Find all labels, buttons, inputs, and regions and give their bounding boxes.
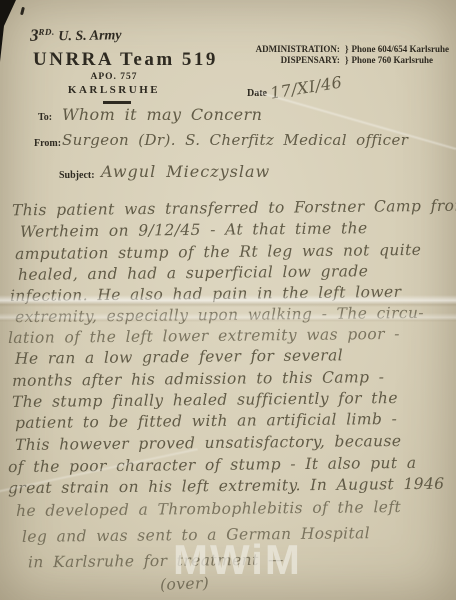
administration-phone: }Phone 604/654 Karlsruhe — [345, 44, 449, 54]
phone-block: ADMINISTRATION: }Phone 604/654 Karlsruhe… — [256, 44, 449, 65]
army-ordinal: RD. — [38, 27, 54, 37]
from-label: From: — [34, 138, 61, 149]
administration-label: ADMINISTRATION: — [256, 44, 340, 54]
scanned-letter-photo: { "letterhead": { "army_num": "3", "army… — [0, 0, 456, 600]
body-line: He ran a low grade fever for several — [15, 346, 343, 367]
date-label: Date — [247, 88, 267, 99]
dispensary-phone: }Phone 760 Karlsruhe — [345, 55, 449, 65]
body-line: great strain on his left extremity. In A… — [8, 475, 445, 498]
letterhead-rule — [103, 101, 131, 104]
body-line: patient to be fitted with an artificial … — [15, 410, 397, 432]
to-handwritten-value: Whom it may Concern — [62, 105, 262, 124]
army-name: U. S. Army — [55, 28, 122, 44]
body-line: leg and was sent to a German Hospital — [22, 524, 370, 546]
body-line: This however proved unsatisfactory, beca… — [15, 432, 402, 454]
body-line: of the poor character of stump - It also… — [8, 454, 417, 476]
unrra-team-title: UNRRA Team 519 — [33, 49, 218, 71]
body-line: The stump finally healed sufficiently fo… — [12, 389, 398, 411]
subject-label: Subject: — [59, 170, 95, 181]
body-line: he developed a Thrombophlebitis of the l… — [16, 498, 401, 520]
body-line: This patient was transferred to Forstner… — [12, 197, 456, 220]
body-line: Wertheim on 9/12/45 - At that time the — [20, 219, 368, 241]
body-line: lation of the left lower extremity was p… — [8, 325, 400, 347]
body-line: infection. He also had pain in the left … — [10, 283, 402, 305]
body-line: healed, and had a superficial low grade — [18, 262, 368, 284]
apo-line: APO. 757 — [33, 72, 195, 82]
body-line: extremity, especially upon walking - The… — [15, 304, 424, 326]
from-handwritten-value: Surgeon (Dr). S. Cherfitz Medical office… — [62, 131, 408, 149]
body-line: amputation stump of the Rt leg was not q… — [15, 241, 421, 263]
city-line: KARLSRUHE — [33, 84, 195, 96]
administration-phone-text: Phone 604/654 Karlsruhe — [351, 44, 449, 54]
dispensary-phone-text: Phone 760 Karlsruhe — [351, 55, 433, 65]
letter-paper: 3RD. U. S. Army UNRRA Team 519 APO. 757 … — [0, 0, 456, 600]
subject-handwritten-value: Awgul Mieczyslaw — [101, 162, 270, 181]
body-line: in Karlsruhe for treatment — — [28, 551, 284, 572]
date-handwritten-value: 17/XI/46 — [269, 72, 344, 102]
army-heading: 3RD. U. S. Army — [30, 24, 122, 46]
dispensary-label: DISPENSARY: — [256, 55, 340, 65]
over-note: (over) — [160, 574, 210, 594]
body-line: months after his admission to this Camp … — [12, 368, 385, 390]
to-label: To: — [38, 112, 52, 123]
brace-glyph: } — [345, 55, 349, 65]
brace-glyph: } — [345, 44, 349, 54]
army-number: 3 — [30, 26, 39, 45]
